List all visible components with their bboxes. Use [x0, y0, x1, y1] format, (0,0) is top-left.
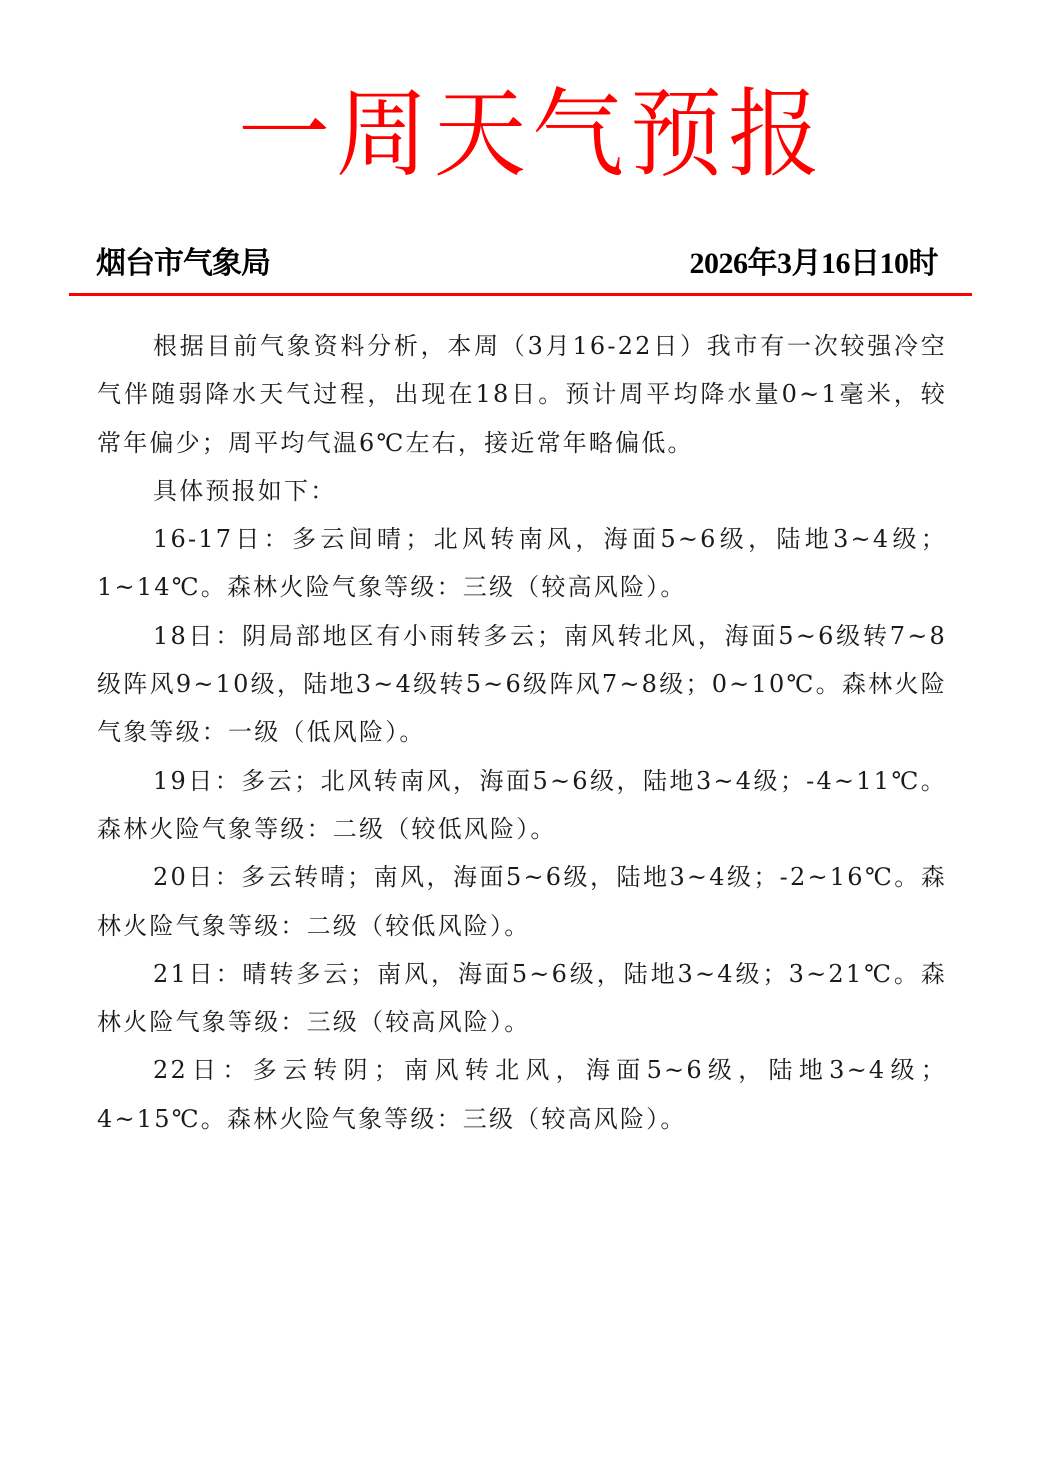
intro-paragraph: 具体预报如下： [97, 467, 947, 515]
issuer-row: 烟台市气象局 2026年3月16日10时 [96, 244, 938, 284]
document-title: 一周天气预报 [0, 77, 1064, 193]
issue-date: 2026年3月16日10时 [690, 244, 939, 284]
forecast-paragraph-21: 21日：晴转多云；南风，海面5~6级，陆地3~4级；3~21℃。森林火险气象等级… [97, 950, 947, 1047]
header-divider [69, 293, 972, 296]
forecast-paragraph-16-17: 16-17日：多云间晴；北风转南风，海面5~6级，陆地3~4级；1~14℃。森林… [97, 515, 947, 612]
issuing-agency: 烟台市气象局 [96, 244, 270, 284]
forecast-paragraph-18: 18日：阴局部地区有小雨转多云；南风转北风，海面5~6级转7~8级阵风9~10级… [97, 612, 947, 757]
forecast-body: 根据目前气象资料分析，本周（3月16-22日）我市有一次较强冷空气伴随弱降水天气… [97, 322, 947, 1143]
forecast-paragraph-20: 20日：多云转晴；南风，海面5~6级，陆地3~4级；-2~16℃。森林火险气象等… [97, 853, 947, 950]
summary-paragraph: 根据目前气象资料分析，本周（3月16-22日）我市有一次较强冷空气伴随弱降水天气… [97, 322, 947, 467]
forecast-paragraph-22: 22日：多云转阴；南风转北风，海面5~6级，陆地3~4级；4~15℃。森林火险气… [97, 1046, 947, 1143]
forecast-paragraph-19: 19日：多云；北风转南风，海面5~6级，陆地3~4级；-4~11℃。森林火险气象… [97, 757, 947, 854]
